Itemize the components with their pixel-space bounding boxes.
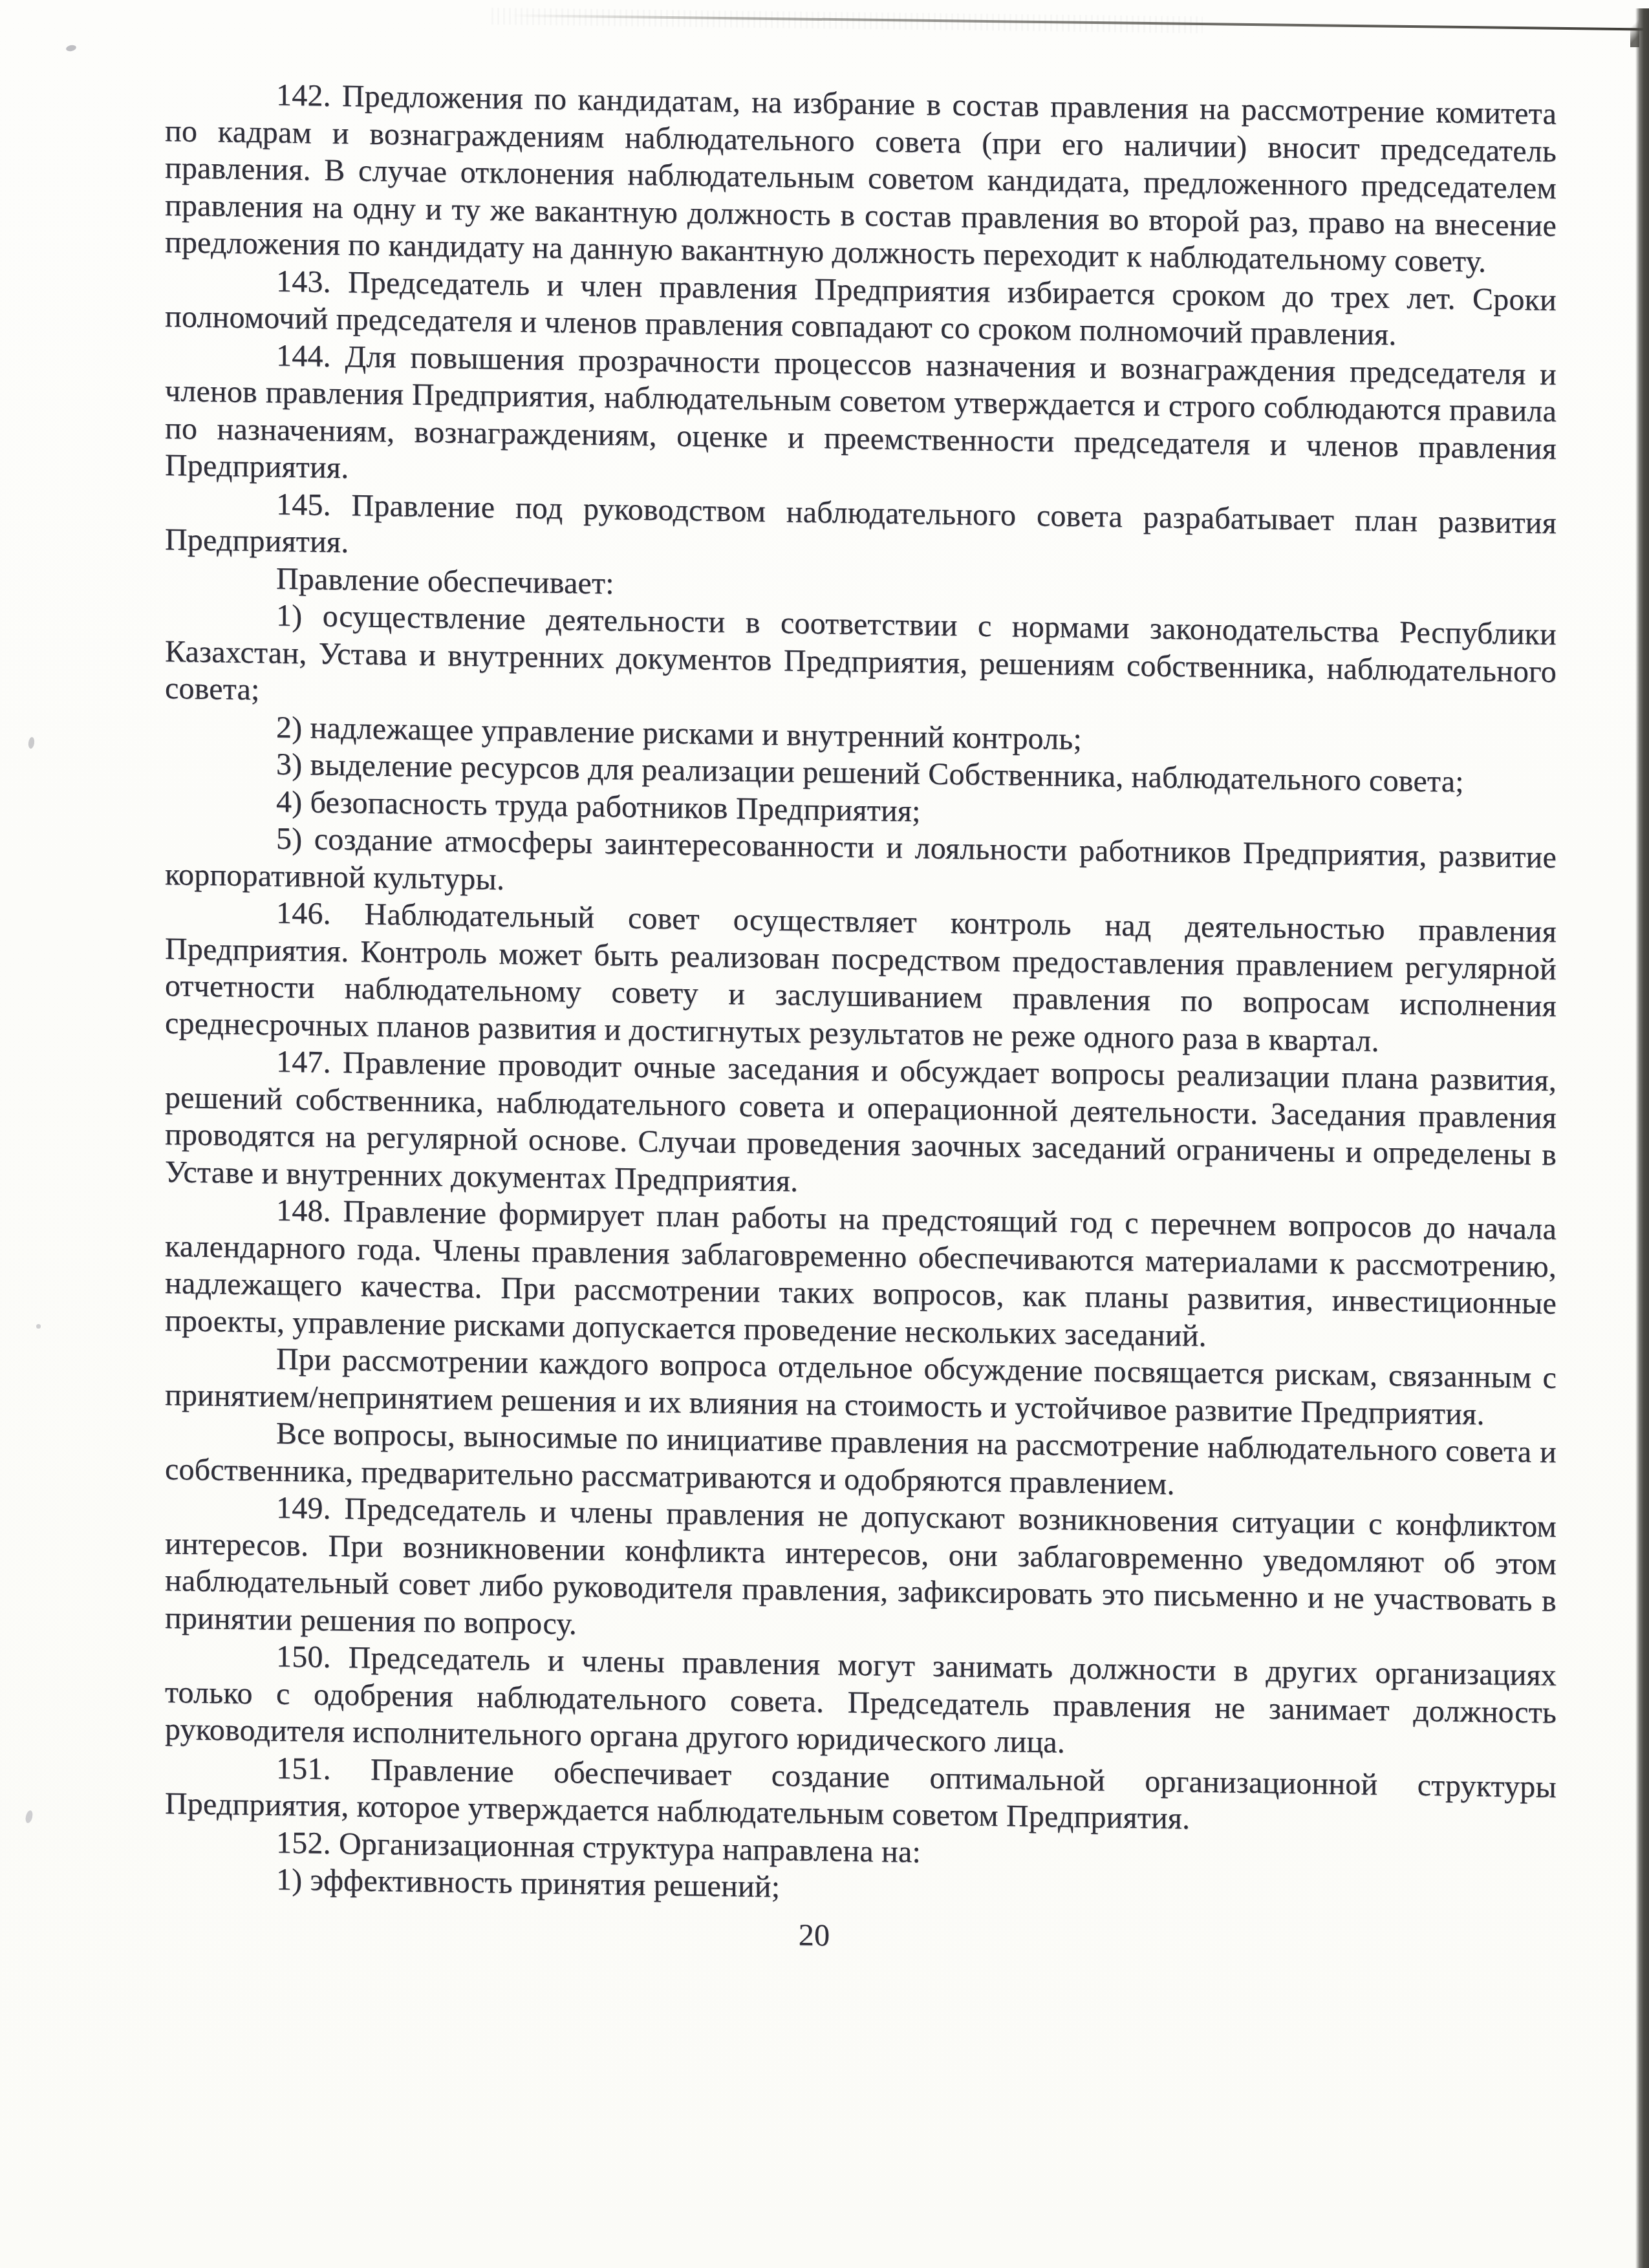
paragraph-149: 149. Председатель и члены правления не д…	[165, 1488, 1557, 1657]
scan-edge-right-strip	[1635, 8, 1649, 2268]
paragraph-150: 150. Председатель и члены правления могу…	[165, 1636, 1557, 1768]
scan-speck	[65, 44, 77, 52]
paragraph-145-item-1: 1) осуществление деятельности в соответс…	[165, 595, 1557, 727]
paragraph-148: 148. Правление формирует план работы на …	[165, 1190, 1557, 1360]
paragraph-147: 147. Правление проводит очные заседания …	[165, 1042, 1557, 1211]
paragraph-146: 146. Наблюдательный совет осуществляет к…	[165, 893, 1557, 1062]
paragraph-142: 142. Предложения по кандидатам, на избра…	[165, 75, 1557, 281]
document-body: 142. Предложения по кандидатам, на избра…	[165, 75, 1557, 1965]
scan-speck	[28, 736, 35, 749]
scan-speck	[25, 1810, 34, 1824]
page-number: 20	[118, 1906, 1510, 1963]
scanned-page: 142. Предложения по кандидатам, на избра…	[0, 0, 1649, 2268]
paragraph-144: 144. Для повышения прозрачности процессо…	[165, 336, 1557, 505]
scan-speck	[36, 1324, 41, 1329]
